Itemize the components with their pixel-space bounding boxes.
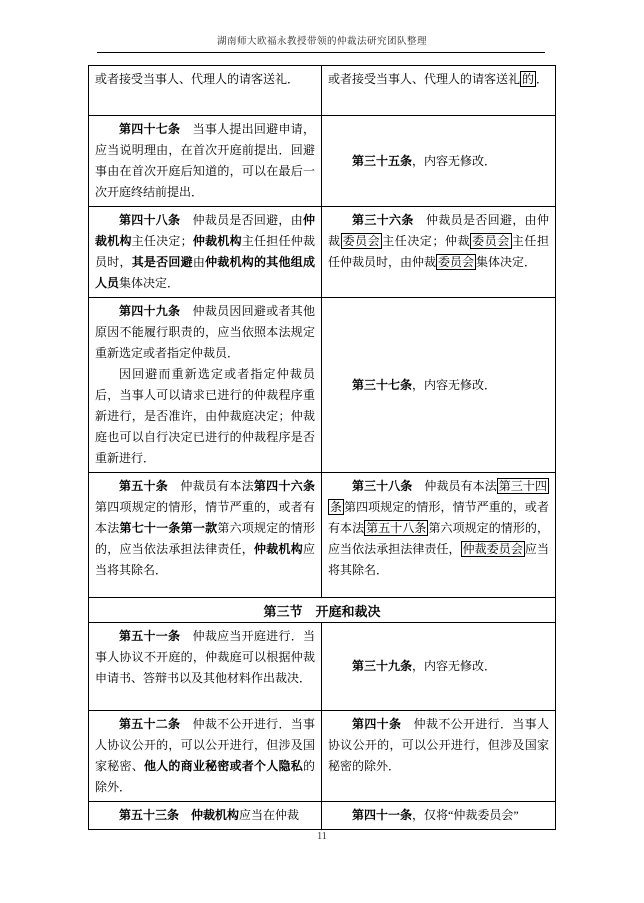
changed-text-box: 委员会	[341, 233, 383, 249]
text-segment	[179, 808, 191, 822]
changed-text-box: 仲裁委员会	[461, 541, 525, 557]
right-column-cell: 第四十一条，仅将“仲裁委员会”	[322, 802, 555, 829]
left-column-cell: 第五十一条 仲裁应当开庭进行．当事人协议不开庭的，仲裁庭可以根据仲裁申请书、答辩…	[89, 623, 322, 710]
header-divider	[97, 52, 545, 53]
left-column-cell: 第五十二条 仲裁不公开进行．当事人协议公开的，可以公开进行，但涉及国家秘密、他人…	[89, 711, 322, 801]
table-row: 第五十二条 仲裁不公开进行．当事人协议公开的，可以公开进行，但涉及国家秘密、他人…	[89, 711, 555, 802]
text-segment: ，仅将“仲裁委员会”	[412, 808, 519, 822]
section-title: 第三节 开庭和裁决	[263, 601, 380, 620]
changed-text-box: 委员会	[470, 233, 512, 249]
left-column-cell: 第四十九条 仲裁员因回避或者其他原因不能履行职责的，应当依照本法规定重新选定或者…	[89, 298, 322, 472]
text-segment: 第四十六条	[254, 479, 315, 493]
text-segment: 仲裁机构	[254, 542, 303, 556]
text-segment: 第三十九条	[352, 659, 412, 673]
table-row: 第四十七条 当事人提出回避申请，应当说明理由，在首次开庭前提出．回避事由在首次开…	[89, 116, 555, 207]
text-segment: 集体决定．	[119, 276, 179, 290]
text-segment: 第五十三条	[119, 808, 179, 822]
text-segment: 因回避而重新选定或者指定仲裁员后，当事人可以请求已进行的仲裁程序重新进行，是否准…	[95, 367, 315, 465]
changed-text-box: 委员会	[436, 254, 476, 270]
paragraph: 第五十条 仲裁员有本法第四十六条第四项规定的情形，情节严重的，或者有本法第七十一…	[95, 476, 315, 581]
text-segment: 集体决定．	[476, 255, 536, 269]
text-segment: 仲裁机构	[191, 808, 239, 822]
text-segment: 第四十条	[352, 717, 401, 731]
paragraph: 第三十九条，内容无修改．	[328, 656, 549, 677]
table-row: 第五十一条 仲裁应当开庭进行．当事人协议不开庭的，仲裁庭可以根据仲裁申请书、答辩…	[89, 623, 555, 711]
text-segment: ，内容无修改．	[412, 659, 496, 673]
left-column-cell: 第四十七条 当事人提出回避申请，应当说明理由，在首次开庭前提出．回避事由在首次开…	[89, 116, 322, 206]
right-column-cell: 第三十五条，内容无修改．	[322, 116, 555, 206]
text-segment: 第七十一条第一款	[119, 521, 217, 535]
document-header: 湖南师大欧福永教授带领的仲裁法研究团队整理	[0, 33, 644, 47]
paragraph: 第四十九条 仲裁员因回避或者其他原因不能履行职责的，应当依照本法规定重新选定或者…	[95, 301, 315, 364]
table-row: 第四十八条 仲裁员是否回避，由仲裁机构主任决定；仲裁机构主任担任仲裁员时，其是否…	[89, 207, 555, 298]
text-segment: 第三十五条	[352, 154, 412, 168]
left-column-cell: 或者接受当事人、代理人的请客送礼．	[89, 66, 322, 115]
paragraph: 第三十六条 仲裁员是否回避，由仲裁委员会主任决定；仲裁委员会主任担任仲裁员时，由…	[328, 210, 549, 273]
paragraph: 第五十一条 仲裁应当开庭进行．当事人协议不开庭的，仲裁庭可以根据仲裁申请书、答辩…	[95, 626, 315, 689]
right-column-cell: 第三十九条，内容无修改．	[322, 623, 555, 710]
paragraph: 第三十五条，内容无修改．	[328, 151, 549, 172]
changed-text-box: 第五十八条	[364, 520, 428, 536]
text-segment: 主任决定；	[132, 234, 193, 248]
paragraph: 第四十八条 仲裁员是否回避，由仲裁机构主任决定；仲裁机构主任担任仲裁员时，其是否…	[95, 210, 315, 294]
text-segment: 或者接受当事人、代理人的请客送礼	[328, 72, 520, 86]
paragraph: 第三十八条 仲裁员有本法第三十四条第四项规定的情形，情节严重的，或者有本法第五十…	[328, 476, 549, 581]
text-segment: 第四十一条	[352, 808, 412, 822]
left-column-cell: 第四十八条 仲裁员是否回避，由仲裁机构主任决定；仲裁机构主任担任仲裁员时，其是否…	[89, 207, 322, 297]
right-column-cell: 第三十七条，内容无修改．	[322, 298, 555, 472]
text-segment: 第四十七条	[119, 122, 180, 136]
text-segment: ，内容无修改．	[412, 378, 496, 392]
text-segment: ，内容无修改．	[412, 154, 496, 168]
right-column-cell: 或者接受当事人、代理人的请客送礼的．	[322, 66, 555, 115]
right-column-cell: 第四十条 仲裁不公开进行．当事人协议公开的，可以公开进行，但涉及国家秘密的除外．	[322, 711, 555, 801]
paragraph: 第五十二条 仲裁不公开进行．当事人协议公开的，可以公开进行，但涉及国家秘密、他人…	[95, 714, 315, 798]
table-row: 或者接受当事人、代理人的请客送礼．或者接受当事人、代理人的请客送礼的．	[89, 66, 555, 116]
text-segment: 或者接受当事人、代理人的请客送礼．	[95, 72, 299, 86]
text-segment: 其是否回避	[132, 255, 193, 269]
changed-text-box: 的	[520, 71, 536, 87]
table-row: 第五十条 仲裁员有本法第四十六条第四项规定的情形，情节严重的，或者有本法第七十一…	[89, 473, 555, 598]
text-segment: 第四十九条	[119, 304, 180, 318]
page-number: 11	[0, 831, 644, 842]
paragraph: 第四十一条，仅将“仲裁委员会”	[328, 805, 549, 826]
text-segment: 仲裁员有本法	[412, 479, 496, 493]
text-segment: 第五十条	[119, 479, 168, 493]
text-segment: 主任决定；仲裁	[382, 234, 470, 248]
left-column-cell: 第五十条 仲裁员有本法第四十六条第四项规定的情形，情节严重的，或者有本法第七十一…	[89, 473, 322, 597]
table-row: 第五十三条 仲裁机构应当在仲裁第四十一条，仅将“仲裁委员会”	[89, 802, 555, 829]
text-segment: 第五十二条	[119, 717, 180, 731]
paragraph: 第三十七条，内容无修改．	[328, 375, 549, 396]
comparison-table: 或者接受当事人、代理人的请客送礼．或者接受当事人、代理人的请客送礼的．第四十七条…	[88, 65, 556, 830]
paragraph: 第四十七条 当事人提出回避申请，应当说明理由，在首次开庭前提出．回避事由在首次开…	[95, 119, 315, 203]
text-segment: 应当在仲裁	[239, 808, 299, 822]
text-segment: 第四十八条	[119, 213, 180, 227]
table-row: 第四十九条 仲裁员因回避或者其他原因不能履行职责的，应当依照本法规定重新选定或者…	[89, 298, 555, 473]
paragraph: 第四十条 仲裁不公开进行．当事人协议公开的，可以公开进行，但涉及国家秘密的除外．	[328, 714, 549, 777]
text-segment: 仲裁员有本法	[168, 479, 254, 493]
paragraph: 或者接受当事人、代理人的请客送礼．	[95, 69, 315, 90]
right-column-cell: 第三十八条 仲裁员有本法第三十四条第四项规定的情形，情节严重的，或者有本法第五十…	[322, 473, 555, 597]
text-segment: 第三十七条	[352, 378, 412, 392]
document-page: 湖南师大欧福永教授带领的仲裁法研究团队整理 或者接受当事人、代理人的请客送礼．或…	[0, 0, 644, 903]
text-segment: 仲裁员是否回避，由	[180, 213, 303, 227]
text-segment: 第三十八条	[352, 479, 412, 493]
paragraph: 第五十三条 仲裁机构应当在仲裁	[95, 805, 315, 826]
text-segment: 第三十六条	[352, 213, 414, 227]
text-segment: ．	[536, 72, 548, 86]
section-header-row: 第三节 开庭和裁决	[89, 598, 555, 623]
paragraph: 或者接受当事人、代理人的请客送礼的．	[328, 69, 549, 90]
text-segment: 他人的商业秘密或者个人隐私	[144, 759, 303, 773]
left-column-cell: 第五十三条 仲裁机构应当在仲裁	[89, 802, 322, 829]
text-segment: 由	[193, 255, 205, 269]
paragraph: 因回避而重新选定或者指定仲裁员后，当事人可以请求已进行的仲裁程序重新进行，是否准…	[95, 364, 315, 469]
text-segment: 第五十一条	[119, 629, 180, 643]
right-column-cell: 第三十六条 仲裁员是否回避，由仲裁委员会主任决定；仲裁委员会主任担任仲裁员时，由…	[322, 207, 555, 297]
text-segment: 仲裁机构	[193, 234, 242, 248]
